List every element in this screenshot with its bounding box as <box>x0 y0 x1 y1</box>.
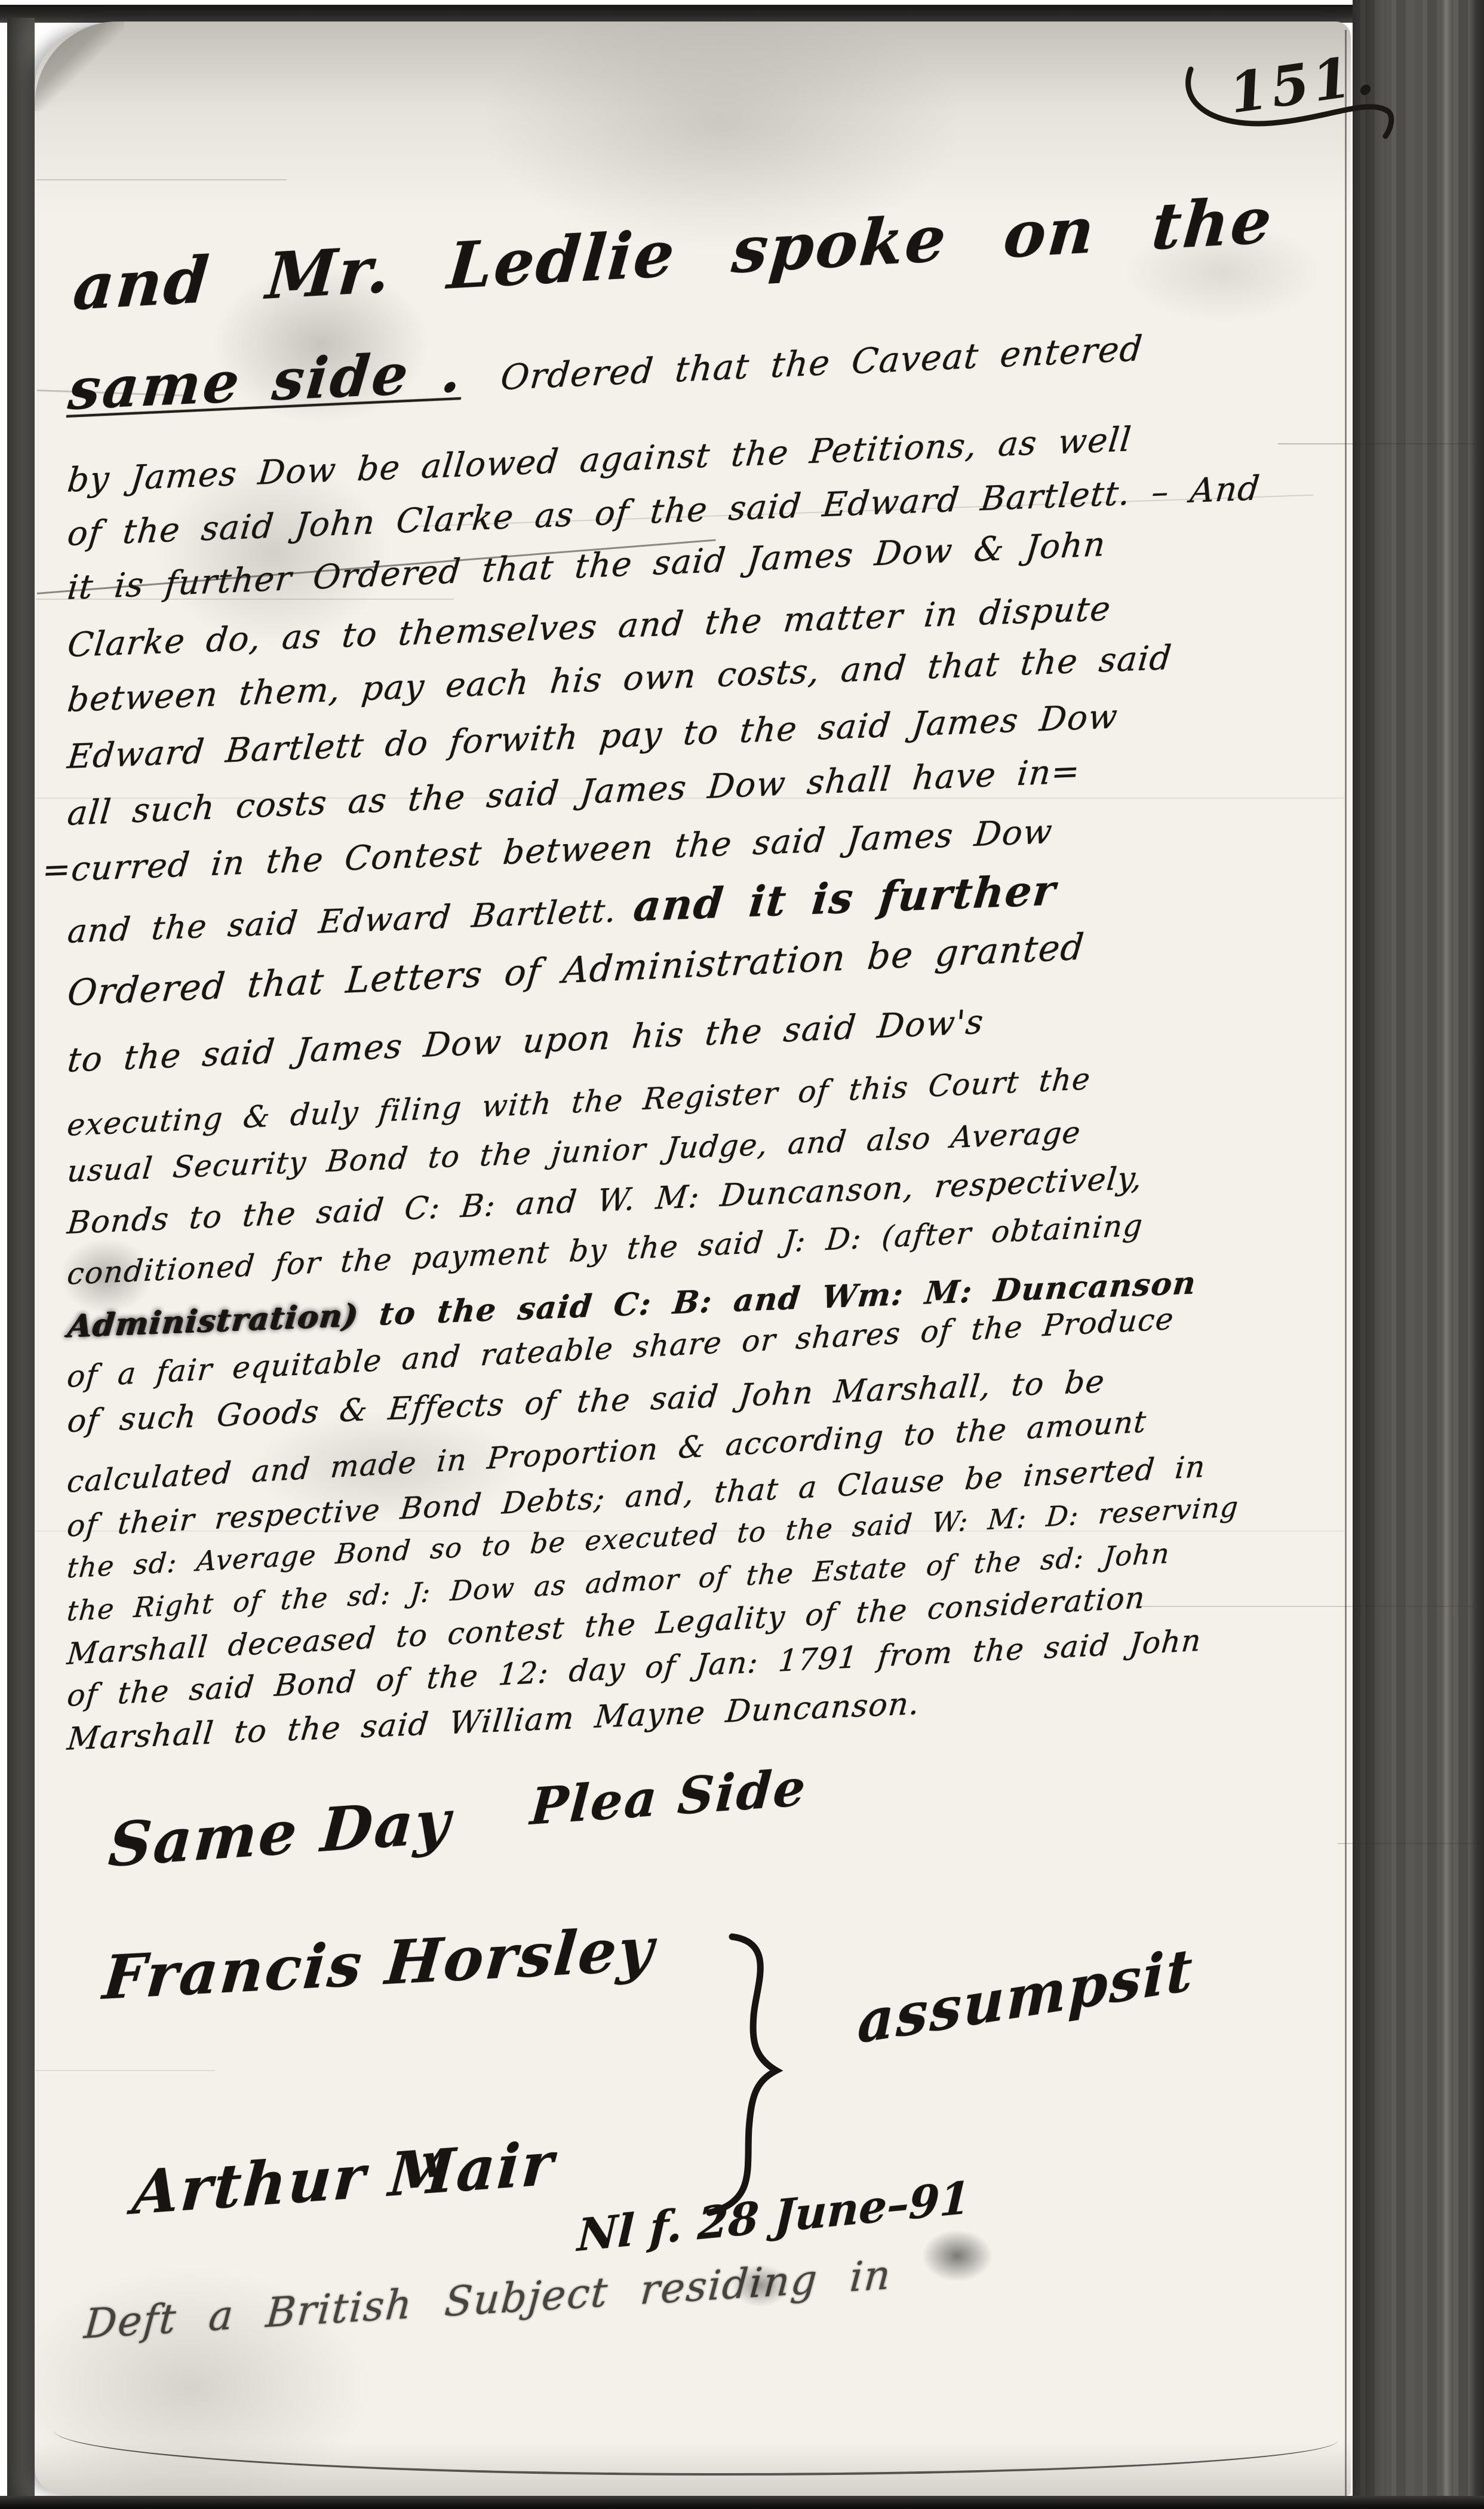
scan-artifact-line <box>1278 443 1475 444</box>
scan-top-edge <box>0 5 1484 23</box>
scan-artifact-line <box>36 2070 215 2071</box>
scanned-page: 151. and Mr. Ledlie spoke on the same si… <box>0 0 1484 2509</box>
scan-artifact-line <box>36 179 287 180</box>
book-left-edge <box>7 18 35 2497</box>
page-right-edge-line <box>1345 30 1347 2497</box>
book-binding <box>1353 0 1484 2509</box>
page-corner-shadow <box>35 22 124 111</box>
scan-artifact-line <box>1338 1843 1481 1844</box>
case-brace <box>698 1931 847 2217</box>
scan-artifact-line <box>1135 1606 1475 1607</box>
scan-bottom-edge <box>0 2496 1484 2509</box>
